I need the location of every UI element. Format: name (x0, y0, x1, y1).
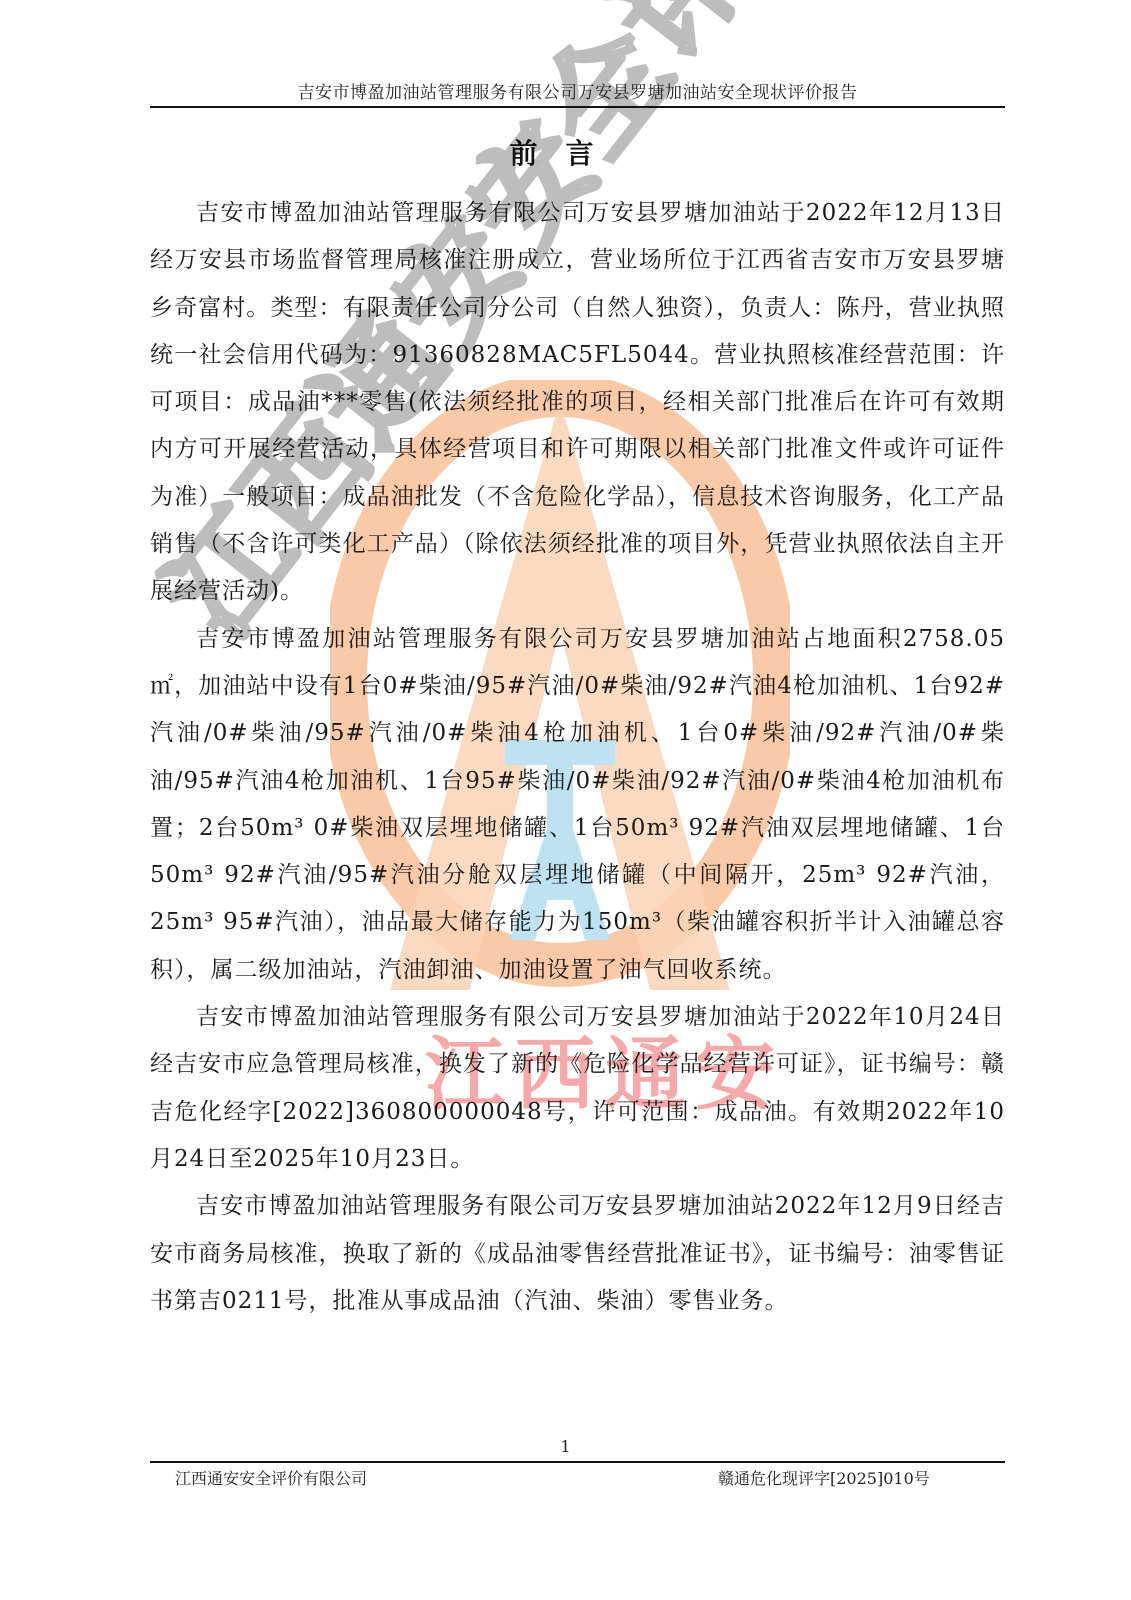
footer-company: 江西通安安全评价有限公司 (175, 1466, 367, 1489)
footer-report-number: 赣通危化现评字[2025]010号 (718, 1466, 930, 1489)
page-title: 前言 (0, 132, 1131, 172)
footer-rule (150, 1461, 1005, 1463)
document-page: 江西通安安全评价有限公司 江西通安 吉安市博盈加油站管理服务有限公司万安县罗塘加… (0, 0, 1131, 1600)
running-header: 吉安市博盈加油站管理服务有限公司万安县罗塘加油站安全现状评价报告 (150, 78, 1005, 103)
header-rule (150, 106, 1005, 108)
page-number: 1 (0, 1437, 1131, 1456)
paragraph-hazardous-chemical-license: 吉安市博盈加油站管理服务有限公司万安县罗塘加油站于2022年10月24日经吉安市… (150, 994, 1005, 1183)
paragraph-station-facilities: 吉安市博盈加油站管理服务有限公司万安县罗塘加油站占地面积2758.05㎡，加油站… (150, 616, 1005, 994)
paragraph-business-registration: 吉安市博盈加油站管理服务有限公司万安县罗塘加油站于2022年12月13日经万安县… (150, 190, 1005, 616)
paragraph-oil-retail-certificate: 吉安市博盈加油站管理服务有限公司万安县罗塘加油站2022年12月9日经吉安市商务… (150, 1183, 1005, 1325)
document-body: 吉安市博盈加油站管理服务有限公司万安县罗塘加油站于2022年12月13日经万安县… (150, 190, 1005, 1325)
